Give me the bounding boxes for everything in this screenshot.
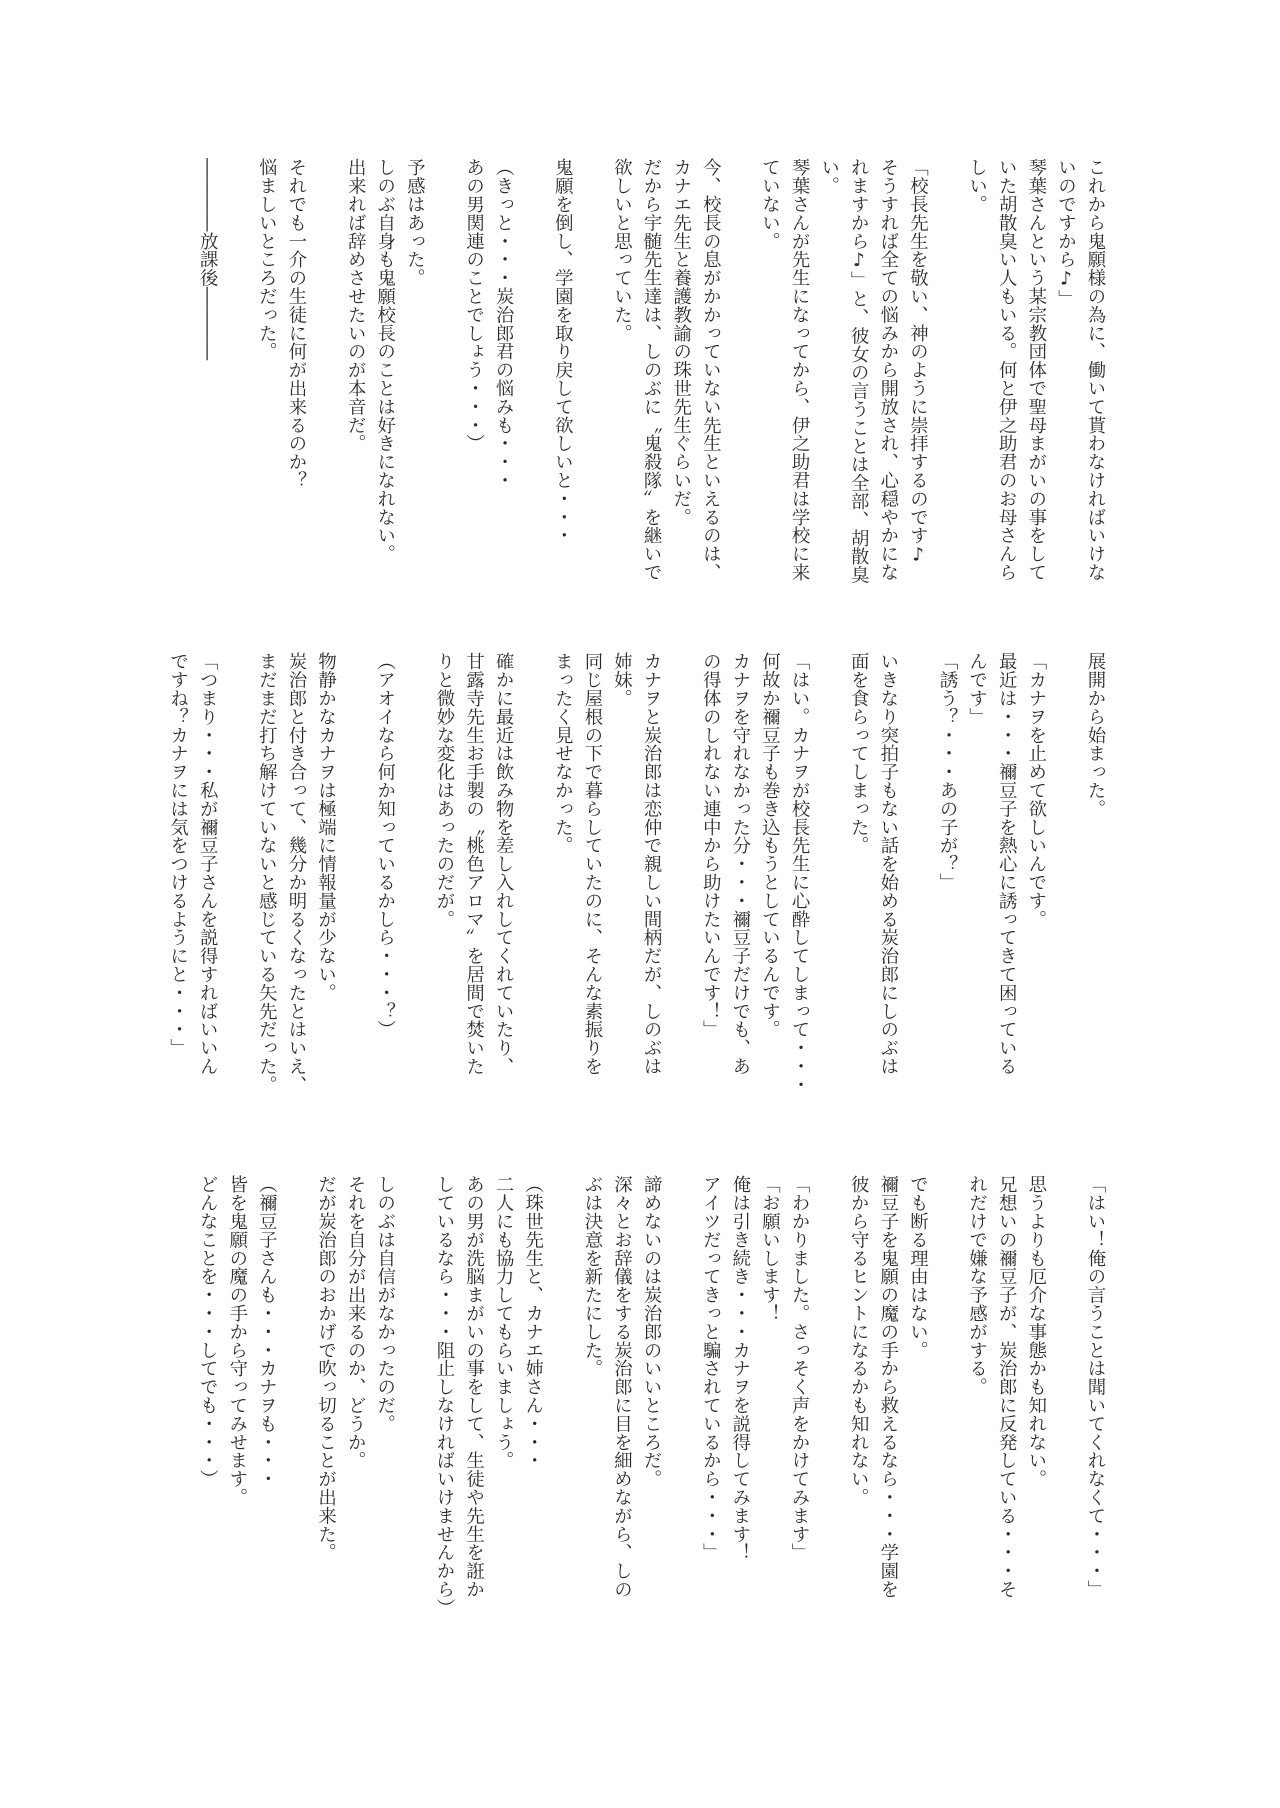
text-band-middle: 展開から始まった。 「カナヲを止めて欲しいんです。最近は・・・禰豆子を熱心に誘っ… xyxy=(164,652,1110,1102)
text-column: カナヲと炭治郎は恋仲で親しい間柄だが、しのぶは xyxy=(637,652,667,1102)
text-column: 予感はあった。 xyxy=(400,158,430,608)
blank-line xyxy=(518,652,548,1102)
blank-line xyxy=(281,1175,311,1625)
text-column: 最近は・・・禰豆子を熱心に誘ってきて困っている xyxy=(992,652,1022,1102)
text-column: ですね？カナヲには気をつけるようにと・・・」 xyxy=(164,652,193,1102)
text-column: 同じ屋根の下で暮らしていたのに、そんな素振りを xyxy=(577,652,607,1102)
text-column: しのぶ自身も鬼願校長のことは好きになれない。 xyxy=(370,158,400,608)
text-column: 思うよりも厄介な事態かも知れない。 xyxy=(1021,1175,1051,1625)
text-column: 琴葉さんが先生になってから、伊之助君は学校に来 xyxy=(784,158,814,608)
blank-line xyxy=(932,1175,962,1625)
text-column: 何故か禰豆子も巻き込もうとしているんです。 xyxy=(755,652,785,1102)
text-column: これから鬼願様の為に、働いて貰わなければいけな xyxy=(1080,158,1110,608)
text-column: 確かに最近は飲み物を差し入れしてくれていたり、 xyxy=(489,652,519,1102)
text-column: カナヲを守れなかった分・・・禰豆子だけでも、あ xyxy=(725,652,755,1102)
text-column: 展開から始まった。 xyxy=(1080,652,1110,1102)
text-column: それを自分が出来るのか、どうか。 xyxy=(341,1175,371,1625)
text-column: 鬼願を倒し、学園を取り戻して欲しいと・・・ xyxy=(548,158,578,608)
text-column: 「はい。カナヲが校長先生に心酔してしまって・・・ xyxy=(784,652,814,1102)
text-column: ぶは決意を新たにした。 xyxy=(577,1175,607,1625)
text-column: 皆を鬼願の魔の手から守ってみせます。 xyxy=(222,1175,252,1625)
text-column: （珠世先生と、カナエ姉さん・・・ xyxy=(518,1175,548,1625)
text-column: いのですから♪」 xyxy=(1051,158,1081,608)
text-column: （きっと・・・炭治郎君の悩みも・・・ xyxy=(489,158,519,608)
text-column: まだまだ打ち解けていないと感じている矢先だった。 xyxy=(252,652,282,1102)
text-column: 琴葉さんという某宗教団体で聖母まがいの事をして xyxy=(1021,158,1051,608)
text-column: の得体のしれない連中から助けたいんです！」 xyxy=(696,652,726,1102)
blank-line xyxy=(164,1175,193,1625)
text-column: アイツだってきっと騙されているから・・・」 xyxy=(696,1175,726,1625)
text-column: しているなら・・・阻止しなければいけませんから） xyxy=(429,1175,459,1625)
blank-line xyxy=(1051,652,1081,1102)
text-column: ていない。 xyxy=(755,158,785,608)
blank-line xyxy=(341,652,371,1102)
novel-page: これから鬼願様の為に、働いて貰わなければいけないのですから♪」琴葉さんという某宗… xyxy=(0,0,1280,1808)
blank-line xyxy=(932,158,962,608)
text-column: まったく見せなかった。 xyxy=(548,652,578,1102)
blank-line xyxy=(725,158,755,608)
text-column: 甘露寺先生お手製の〝桃色アロマ〟を居間で焚いた xyxy=(459,652,489,1102)
blank-line xyxy=(311,158,341,608)
text-column: 「はい！俺の言うことは聞いてくれなくて・・・」 xyxy=(1080,1175,1110,1625)
text-band-top: これから鬼願様の為に、働いて貰わなければいけないのですから♪」琴葉さんという某宗… xyxy=(164,158,1110,608)
text-column: あの男が洗脳まがいの事をして、生徒や先生を誑か xyxy=(459,1175,489,1625)
text-column: 俺は引き続き・・・カナヲを説得してみます！ xyxy=(725,1175,755,1625)
text-column: んです」 xyxy=(962,652,992,1102)
blank-line xyxy=(222,158,252,608)
blank-line xyxy=(666,652,696,1102)
text-column: い。 xyxy=(814,158,844,608)
text-column: それでも一介の生徒に何が出来るのか？ xyxy=(281,158,311,608)
text-column: 「わかりました。さっそく声をかけてみます」 xyxy=(784,1175,814,1625)
text-column: ――――放課後―――― xyxy=(193,158,223,608)
text-column: しのぶは自信がなかったのだ。 xyxy=(370,1175,400,1625)
text-column: 「お願いします！ xyxy=(755,1175,785,1625)
text-column: だから宇髄先生達は、しのぶに〝鬼殺隊〟を継いで xyxy=(637,158,667,608)
text-column: 今、校長の息がかかっていない先生といえるのは、 xyxy=(696,158,726,608)
text-column: 出来れば辞めさせたいのが本音だ。 xyxy=(341,158,371,608)
blank-line xyxy=(222,652,252,1102)
text-column: 面を食らってしまった。 xyxy=(844,652,874,1102)
blank-line xyxy=(903,652,933,1102)
text-column: 姉妹。 xyxy=(607,652,637,1102)
blank-line xyxy=(577,158,607,608)
text-column: （アオイなら何か知っているかしら・・・？） xyxy=(370,652,400,1102)
text-column: 諦めないのは炭治郎のいいところだ。 xyxy=(637,1175,667,1625)
text-column: 二人にも協力してもらいましょう。 xyxy=(489,1175,519,1625)
text-column: 「つまり・・・私が禰豆子さんを説得すればいいん xyxy=(193,652,223,1102)
text-column: （禰豆子さんも・・・カナヲも・・・ xyxy=(252,1175,282,1625)
text-column: カナエ先生と養護教諭の珠世先生ぐらいだ。 xyxy=(666,158,696,608)
text-column: 欲しいと思っていた。 xyxy=(607,158,637,608)
blank-line xyxy=(400,652,430,1102)
text-column: いきなり突拍子もない話を始める炭治郎にしのぶは xyxy=(873,652,903,1102)
text-column: いた胡散臭い人もいる。何と伊之助君のお母さんら xyxy=(992,158,1022,608)
text-column: しい。 xyxy=(962,158,992,608)
text-column: 深々とお辞儀をする炭治郎に目を細めながら、しの xyxy=(607,1175,637,1625)
blank-line xyxy=(518,158,548,608)
text-column: 炭治郎と付き合って、幾分か明るくなったとはいえ、 xyxy=(281,652,311,1102)
text-column: だが炭治郎のおかげで吹っ切ることが出来た。 xyxy=(311,1175,341,1625)
blank-line xyxy=(666,1175,696,1625)
text-column: 「カナヲを止めて欲しいんです。 xyxy=(1021,652,1051,1102)
blank-line xyxy=(814,1175,844,1625)
text-column: 彼から守るヒントになるかも知れない。 xyxy=(844,1175,874,1625)
text-column: りと微妙な変化はあったのだが。 xyxy=(429,652,459,1102)
blank-line xyxy=(400,1175,430,1625)
text-column: 悩ましいところだった。 xyxy=(252,158,282,608)
text-column: れだけで嫌な予感がする。 xyxy=(962,1175,992,1625)
blank-line xyxy=(164,158,193,608)
text-column: あの男関連のことでしょう・・・） xyxy=(459,158,489,608)
text-band-bottom: 「はい！俺の言うことは聞いてくれなくて・・・」 思うよりも厄介な事態かも知れない… xyxy=(164,1175,1110,1625)
blank-line xyxy=(814,652,844,1102)
text-column: 兄想いの禰豆子が、炭治郎に反発している・・・そ xyxy=(992,1175,1022,1625)
text-column: れますから♪」と、彼女の言うことは全部、胡散臭 xyxy=(844,158,874,608)
text-column: どんなことを・・・してでも・・・） xyxy=(193,1175,223,1625)
text-column: でも断る理由はない。 xyxy=(903,1175,933,1625)
blank-line xyxy=(548,1175,578,1625)
text-column: そうすれば全ての悩みから開放され、心穏やかにな xyxy=(873,158,903,608)
text-column: 物静かなカナヲは極端に情報量が少ない。 xyxy=(311,652,341,1102)
blank-line xyxy=(1051,1175,1081,1625)
text-column: 「誘う？・・・あの子が？」 xyxy=(932,652,962,1102)
blank-line xyxy=(429,158,459,608)
text-column: 禰豆子を鬼願の魔の手から救えるなら・・・学園を xyxy=(873,1175,903,1625)
text-column: 「校長先生を敬い、神のように崇拝するのです♪ xyxy=(903,158,933,608)
